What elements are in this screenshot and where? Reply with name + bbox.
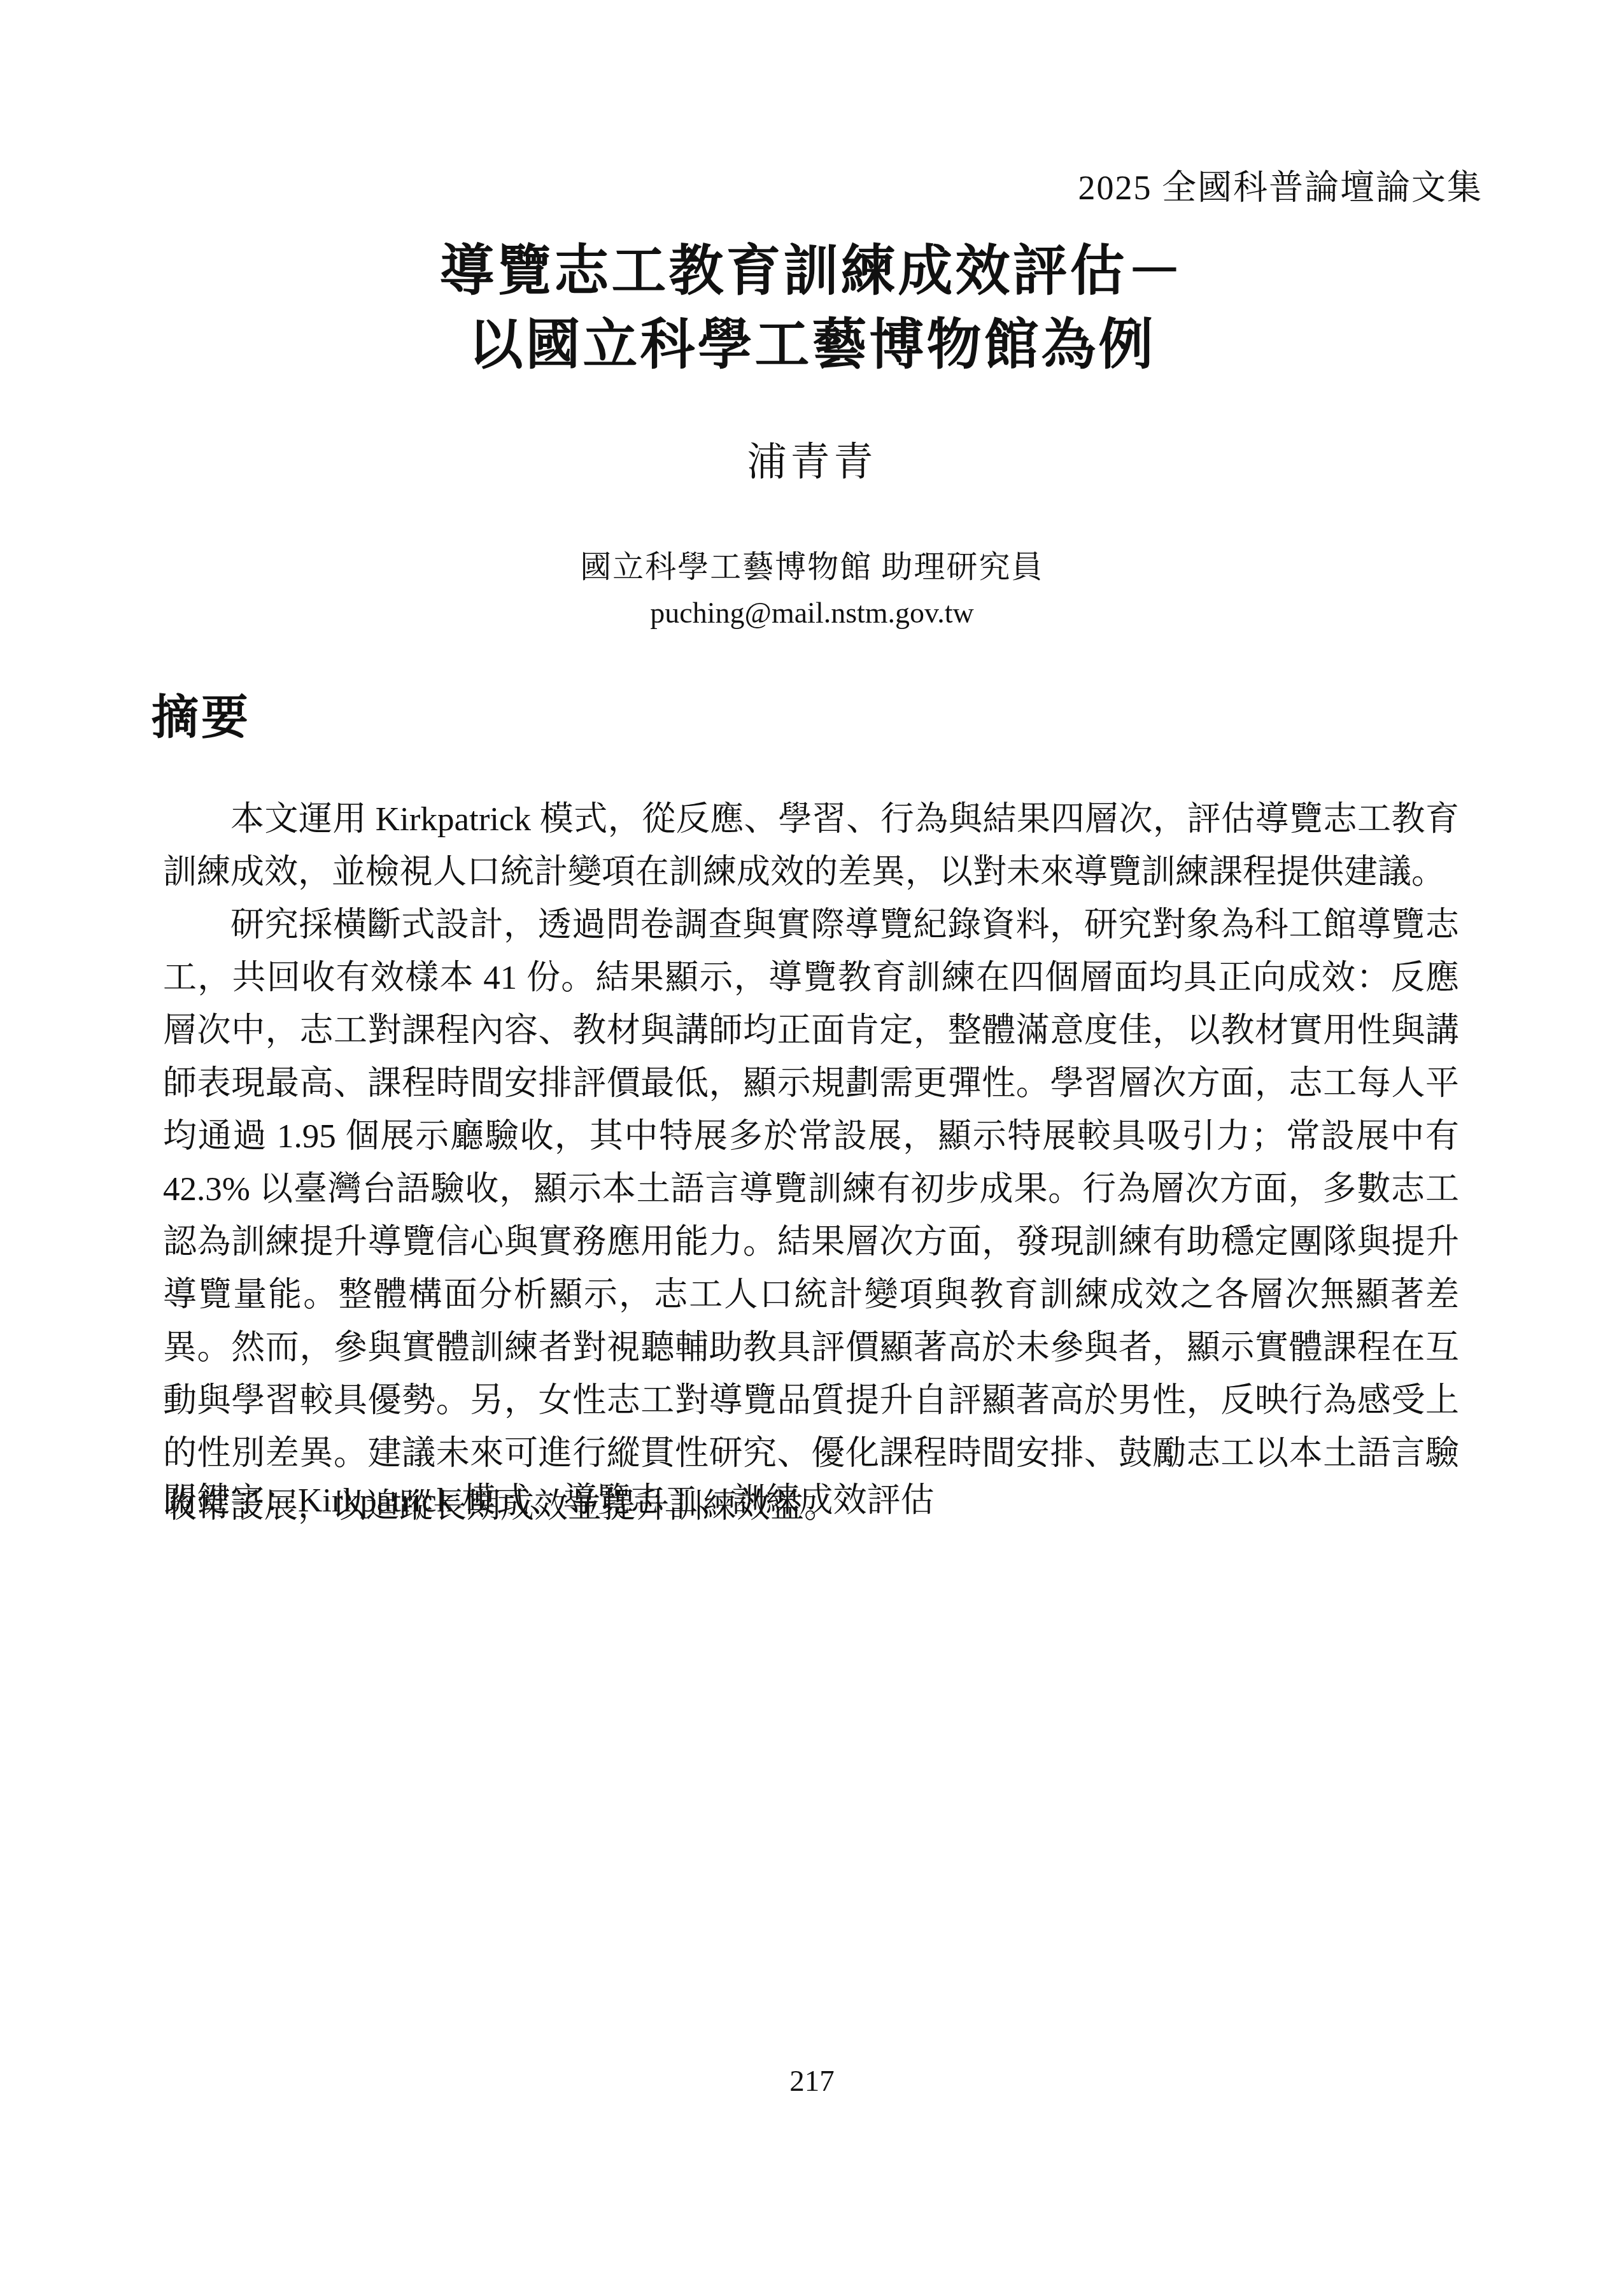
paper-title: 導覽志工教育訓練成效評估－ 以國立科學工藝博物館為例 <box>0 234 1624 382</box>
author-name: 浦青青 <box>0 430 1624 487</box>
abstract-body: 本文運用 Kirkpatrick 模式，從反應、學習、行為與結果四層次，評估導覽… <box>163 793 1459 1533</box>
abstract-heading: 摘要 <box>152 680 251 747</box>
keywords-line: 關鍵字：Kirkpatrick 模式、導覽志工、訓練成效評估 <box>163 1475 1459 1527</box>
paper-title-line2: 以國立科學工藝博物館為例 <box>0 308 1624 382</box>
paper-page: 2025 全國科普論壇論文集 導覽志工教育訓練成效評估－ 以國立科學工藝博物館為… <box>0 0 1624 2278</box>
author-email: puching@mail.nstm.gov.tw <box>0 596 1624 630</box>
abstract-paragraph-1: 本文運用 Kirkpatrick 模式，從反應、學習、行為與結果四層次，評估導覽… <box>163 793 1459 899</box>
proceedings-header: 2025 全國科普論壇論文集 <box>1078 160 1483 209</box>
abstract-paragraph-2: 研究採橫斷式設計，透過問卷調查與實際導覽紀錄資料，研究對象為科工館導覽志工，共回… <box>163 899 1459 1533</box>
paper-title-line1: 導覽志工教育訓練成效評估－ <box>0 234 1624 308</box>
author-affiliation: 國立科學工藝博物館 助理研究員 <box>0 542 1624 587</box>
page-number: 217 <box>0 2064 1624 2098</box>
